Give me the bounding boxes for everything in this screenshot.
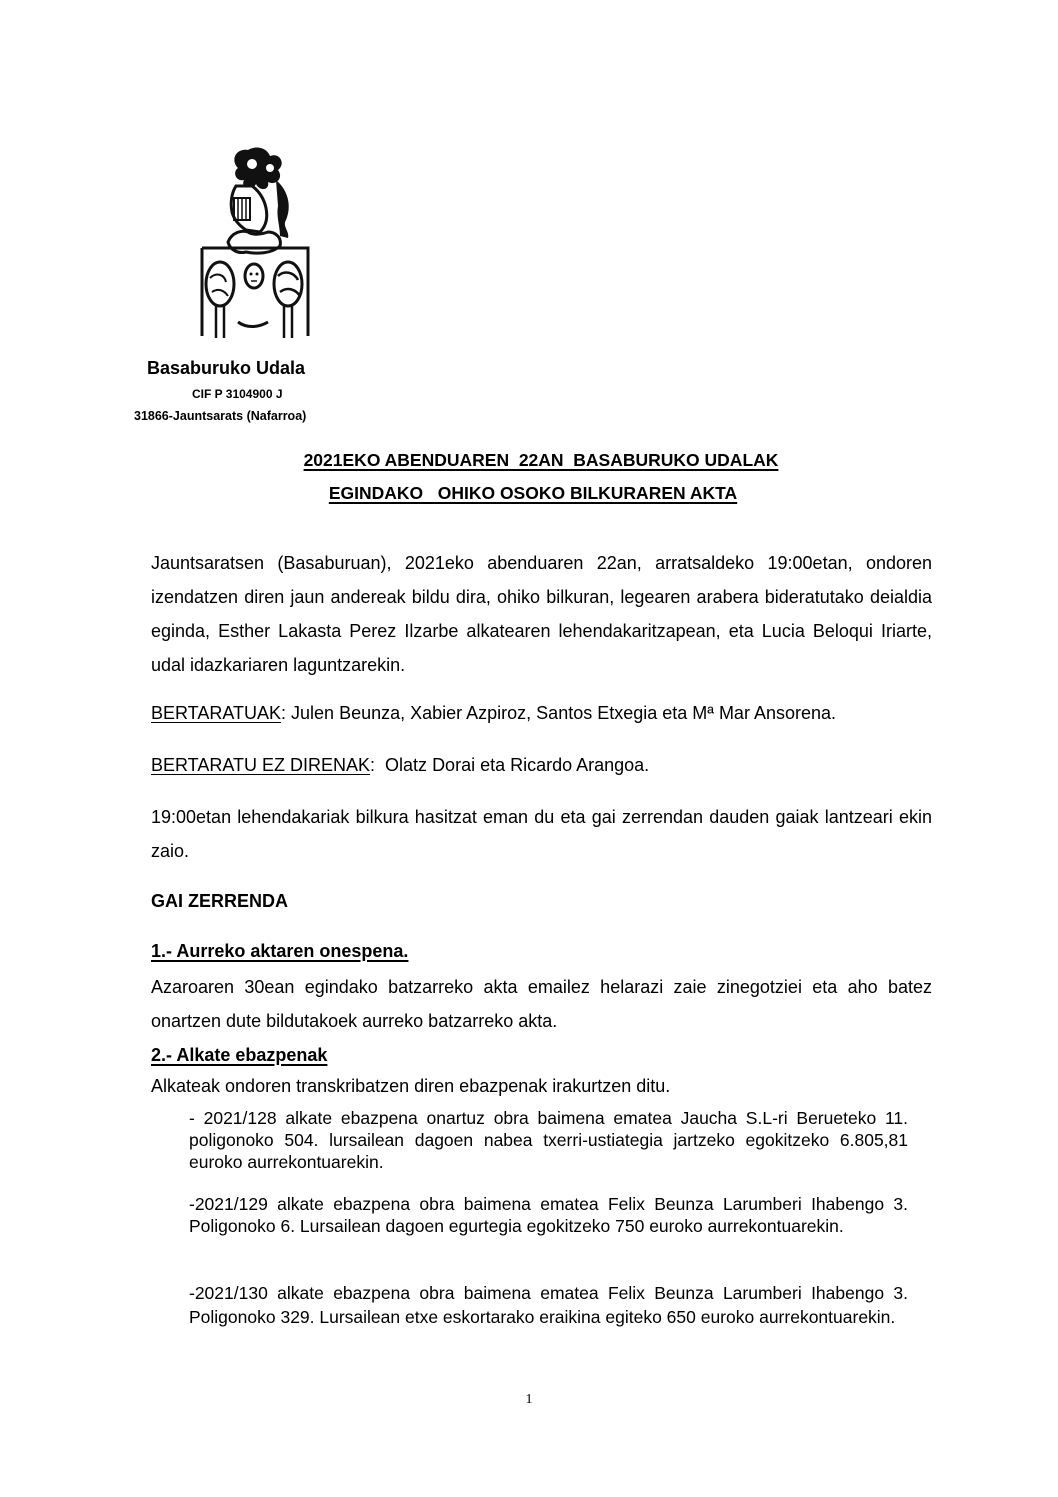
organization-cif: CIF P 3104900 J <box>192 387 283 401</box>
document-title-line-2: EGINDAKO OHIKO OSOKO BILKURAREN AKTA <box>4 483 1058 504</box>
absentees-label: BERTARATU EZ DIRENAK <box>151 755 370 775</box>
resolution-item: -2021/130 alkate ebazpena obra baimena e… <box>189 1281 908 1329</box>
opening-paragraph: 19:00etan lehendakariak bilkura hasitzat… <box>151 800 932 868</box>
absentees-paragraph: BERTARATU EZ DIRENAK: Olatz Dorai eta Ri… <box>151 752 932 778</box>
agenda-item-1-text: Azaroaren 30ean egindako batzarreko akta… <box>151 970 932 1038</box>
page-number: 1 <box>0 1392 1058 1408</box>
attendees-paragraph: BERTARATUAK: Julen Beunza, Xabier Azpiro… <box>151 700 932 726</box>
absentees-text: : Olatz Dorai eta Ricardo Arangoa. <box>370 755 649 775</box>
agenda-item-2-heading: 2.- Alkate ebazpenak <box>151 1042 932 1068</box>
organization-name: Basaburuko Udala <box>147 358 305 379</box>
resolution-item: -2021/129 alkate ebazpena obra baimena e… <box>189 1193 908 1237</box>
coat-of-arms-icon <box>196 146 312 340</box>
document-page: Basaburuko Udala CIF P 3104900 J 31866-J… <box>0 0 1058 1497</box>
attendees-label: BERTARATUAK <box>151 703 281 723</box>
resolution-item: - 2021/128 alkate ebazpena onartuz obra … <box>189 1107 908 1173</box>
attendees-text: : Julen Beunza, Xabier Azpiroz, Santos E… <box>281 703 836 723</box>
organization-address: 31866-Jauntsarats (Nafarroa) <box>134 409 306 423</box>
agenda-item-2-text: Alkateak ondoren transkribatzen diren eb… <box>151 1073 932 1099</box>
agenda-item-1-heading: 1.- Aurreko aktaren onespena. <box>151 938 932 964</box>
agenda-heading: GAI ZERRENDA <box>151 888 932 914</box>
document-title-line-1: 2021EKO ABENDUAREN 22AN BASABURUKO UDALA… <box>12 450 1058 471</box>
intro-paragraph: Jauntsaratsen (Basaburuan), 2021eko aben… <box>151 546 932 682</box>
